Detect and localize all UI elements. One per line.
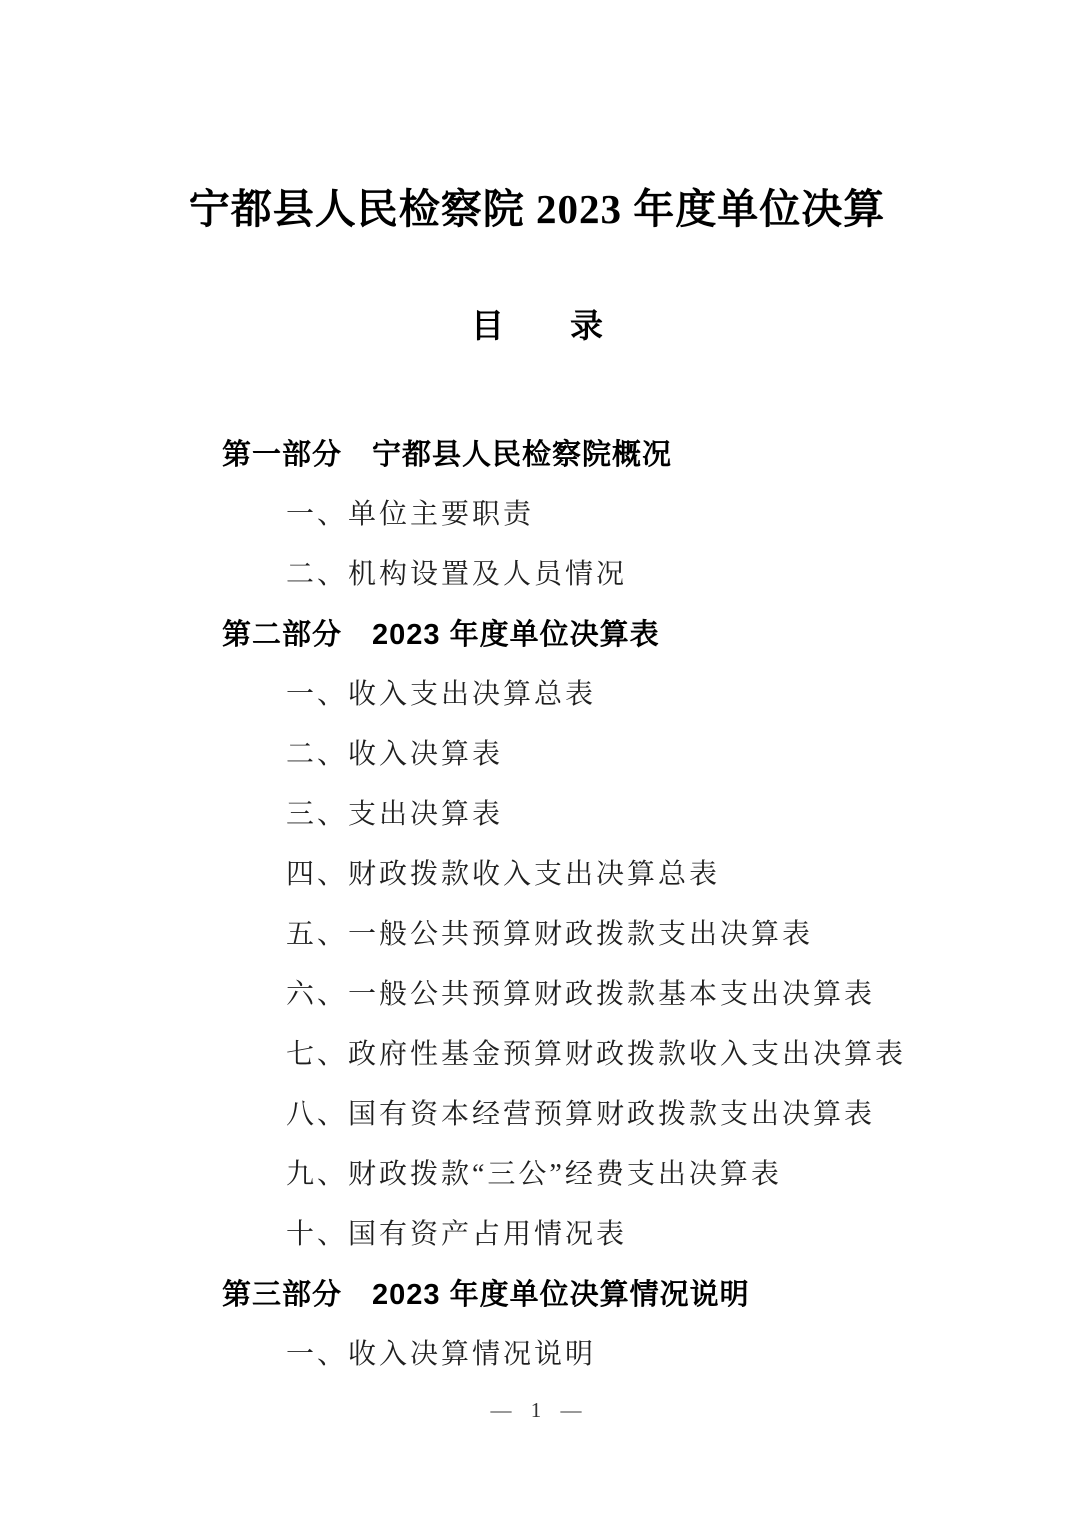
toc-entry: 二、收入决算表 bbox=[222, 722, 1034, 782]
toc-entry: 一、收入决算情况说明 bbox=[222, 1322, 1034, 1382]
toc-entry: 一、收入支出决算总表 bbox=[222, 662, 1034, 722]
toc-section-3-heading: 第三部分 2023 年度单位决算情况说明 bbox=[222, 1262, 1034, 1322]
table-of-contents: 第一部分 宁都县人民检察院概况 一、单位主要职责 二、机构设置及人员情况 第二部… bbox=[222, 422, 1034, 1382]
toc-heading: 目 录 bbox=[0, 300, 1074, 347]
toc-entry: 六、一般公共预算财政拨款基本支出决算表 bbox=[222, 962, 1034, 1022]
document-page: 宁都县人民检察院 2023 年度单位决算 目 录 第一部分 宁都县人民检察院概况… bbox=[0, 0, 1074, 1520]
document-title: 宁都县人民检察院 2023 年度单位决算 bbox=[0, 176, 1074, 235]
toc-entry: 八、国有资本经营预算财政拨款支出决算表 bbox=[222, 1082, 1034, 1142]
toc-section-2-heading: 第二部分 2023 年度单位决算表 bbox=[222, 602, 1034, 662]
toc-entry: 四、财政拨款收入支出决算总表 bbox=[222, 842, 1034, 902]
toc-entry: 五、一般公共预算财政拨款支出决算表 bbox=[222, 902, 1034, 962]
toc-entry: 七、政府性基金预算财政拨款收入支出决算表 bbox=[222, 1022, 1034, 1082]
toc-section-1-heading: 第一部分 宁都县人民检察院概况 bbox=[222, 422, 1034, 482]
toc-entry: 二、机构设置及人员情况 bbox=[222, 542, 1034, 602]
toc-entry: 十、国有资产占用情况表 bbox=[222, 1202, 1034, 1262]
toc-entry: 三、支出决算表 bbox=[222, 782, 1034, 842]
toc-entry: 一、单位主要职责 bbox=[222, 482, 1034, 542]
page-number: — 1 — bbox=[0, 1398, 1074, 1423]
toc-entry: 九、财政拨款“三公”经费支出决算表 bbox=[222, 1142, 1034, 1202]
